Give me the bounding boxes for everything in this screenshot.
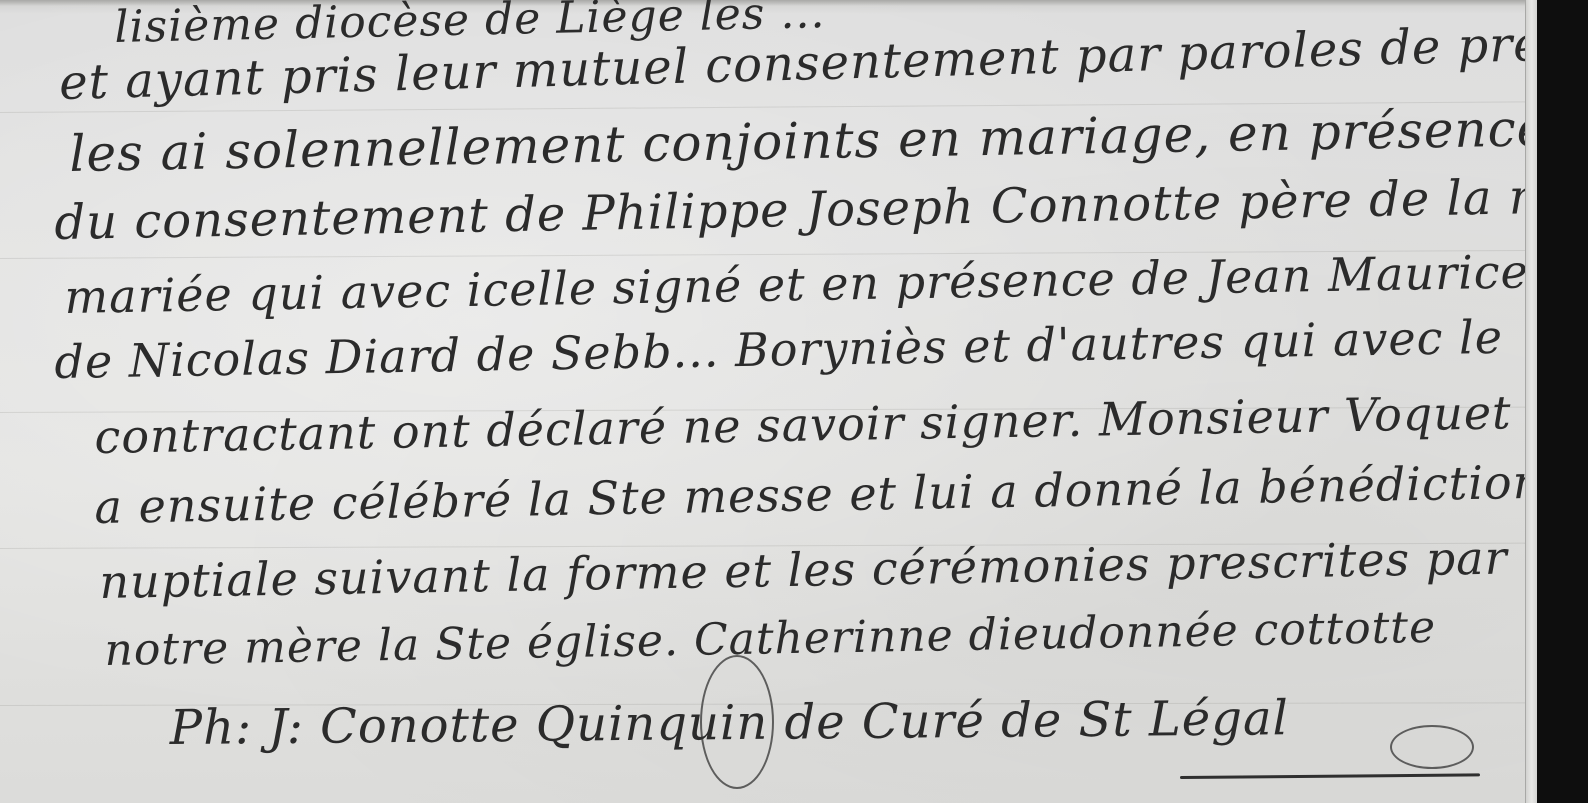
handwritten-line-9: nuptiale suivant la forme et les cérémon… (99, 530, 1508, 609)
handwritten-line-7: contractant ont déclaré ne savoir signer… (94, 385, 1512, 464)
register-page: lisième diocèse de Liège les ... et ayan… (0, 0, 1588, 803)
signature-flourish (700, 655, 774, 789)
handwritten-line-10: notre mère la Ste église. Catherinne die… (104, 602, 1436, 676)
signature-underline (1180, 773, 1480, 779)
handwritten-line-6: de Nicolas Diard de Sebb... Boryniès et … (54, 310, 1503, 389)
scan-border (1537, 0, 1588, 803)
signature-flourish (1390, 725, 1474, 769)
handwritten-line-8: a ensuite célébré la Ste messe et lui a … (94, 455, 1544, 534)
